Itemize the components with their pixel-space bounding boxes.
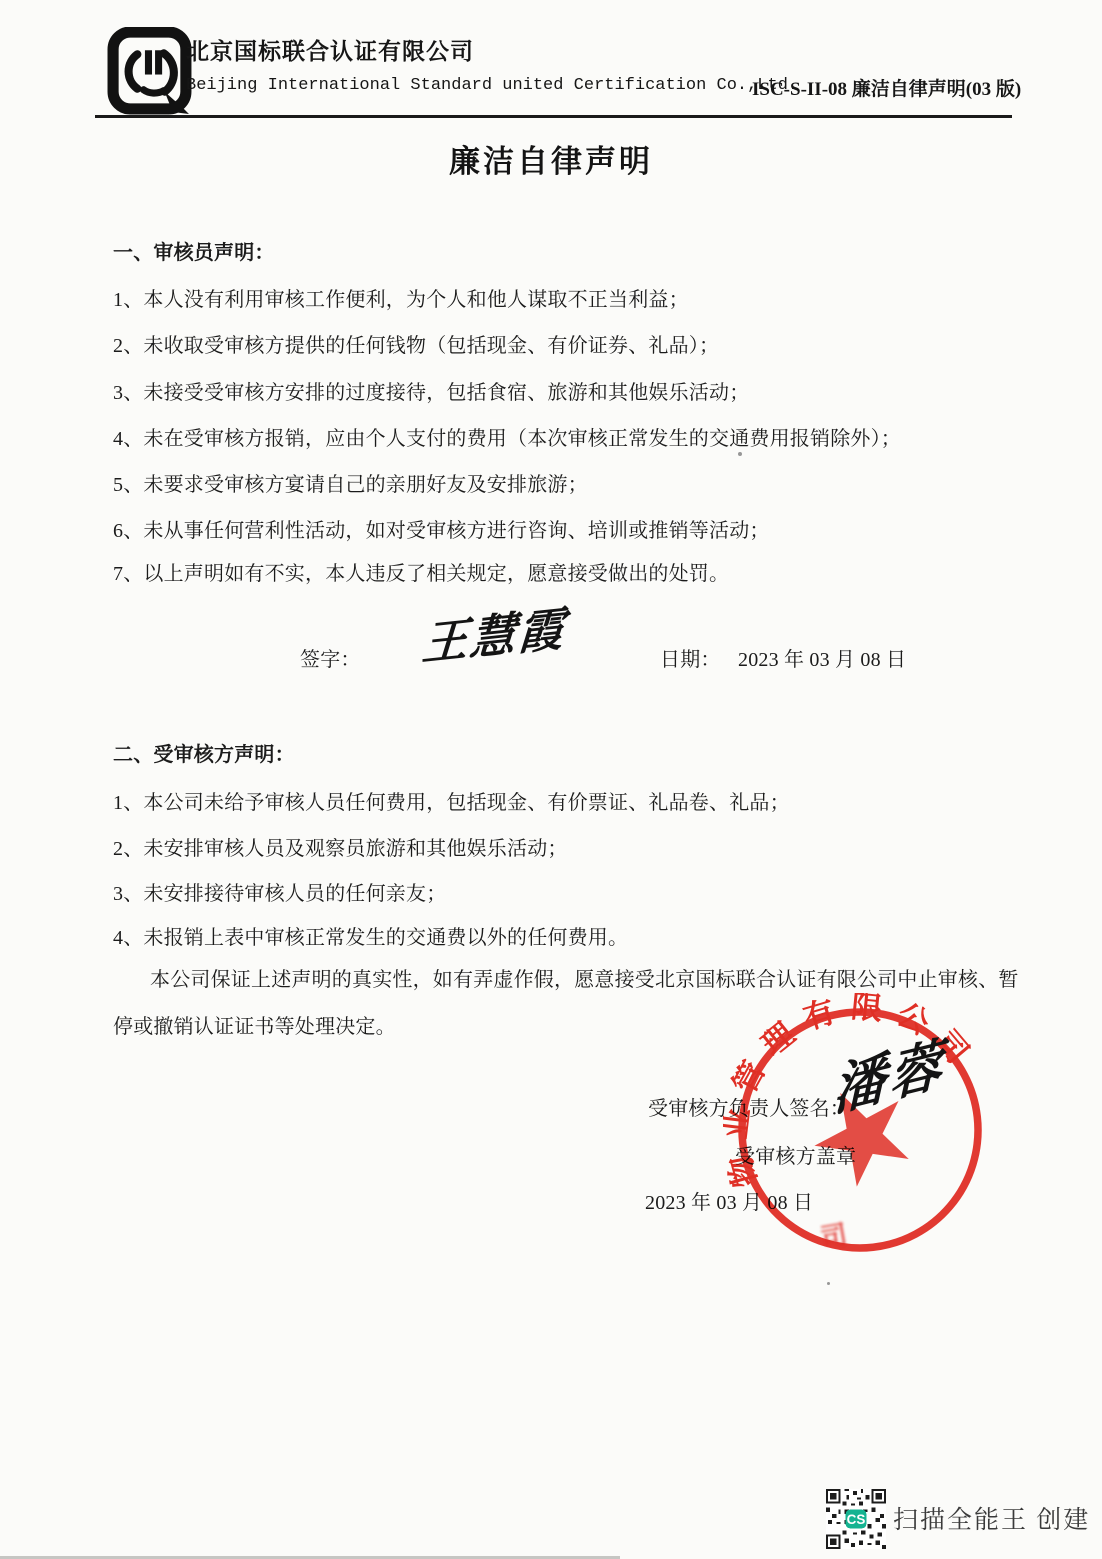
section1-item: 6、未从事任何营利性活动，如对受审核方进行咨询、培训或推销等活动； [113,514,770,543]
section2-item: 2、未安排审核人员及观察员旅游和其他娱乐活动； [113,832,568,861]
camscanner-watermark-text: 扫描全能王 创建 [893,1500,1090,1536]
document-page: 北京国标联合认证有限公司 Beijing International Stand… [0,0,1102,1559]
guarantee-paragraph-line1: 本公司保证上述声明的真实性，如有弄虚作假，愿意接受北京国标联合认证有限公司中止审… [150,963,1019,992]
stamp-illegible-char: 司 [819,1220,850,1253]
company-logo-icon [106,27,195,116]
sign-label: 签字： [300,643,361,672]
section1-item: 4、未在受审核方报销，应由个人支付的费用（本次审核正常发生的交通费用报销除外）； [113,422,901,451]
section1-item: 5、未要求受审核方宴请自己的亲朋好友及安排旅游； [113,468,588,497]
document-code: ISC-S-II-08 廉洁自律声明(03 版) [752,74,1021,101]
camscanner-badge-label: CS [847,1512,866,1527]
page-title: 廉洁自律声明 [0,136,1102,181]
scan-speck [204,752,207,755]
auditee-company-stamp: 物业管理有限公司 司 [723,993,997,1267]
qr-code: CS [826,1489,886,1549]
company-name-en: Beijing International Standard united Ce… [186,76,798,95]
header-divider [95,115,1012,118]
section1-item: 7、以上声明如有不实，本人违反了相关规定，愿意接受做出的处罚。 [113,557,729,586]
scan-speck [738,452,742,456]
company-name-cn: 北京国标联合认证有限公司 [186,33,474,66]
section1-item: 1、本人没有利用审核工作便利，为个人和他人谋取不正当利益； [113,283,689,312]
section2-item: 3、未安排接待审核人员的任何亲友； [113,877,446,906]
section2-item: 4、未报销上表中审核正常发生的交通费以外的任何费用。 [113,921,628,950]
scan-speck [827,1282,830,1285]
date-label: 日期： [660,643,721,672]
section1-item: 2、未收取受审核方提供的任何钱物（包括现金、有价证券、礼品）； [113,329,719,358]
guarantee-paragraph-line2: 停或撤销认证证书等处理决定。 [113,1010,396,1039]
auditor-handwritten-signature: 王慧霞 [420,592,568,674]
section1-item: 3、未接受受审核方安排的过度接待，包括食宿、旅游和其他娱乐活动； [113,376,749,405]
section1-heading: 一、审核员声明： [113,236,275,265]
auditor-date: 2023 年 03 月 08 日 [738,643,906,672]
section2-item: 1、本公司未给予审核人员任何费用，包括现金、有价票证、礼品卷、礼品； [113,786,790,815]
